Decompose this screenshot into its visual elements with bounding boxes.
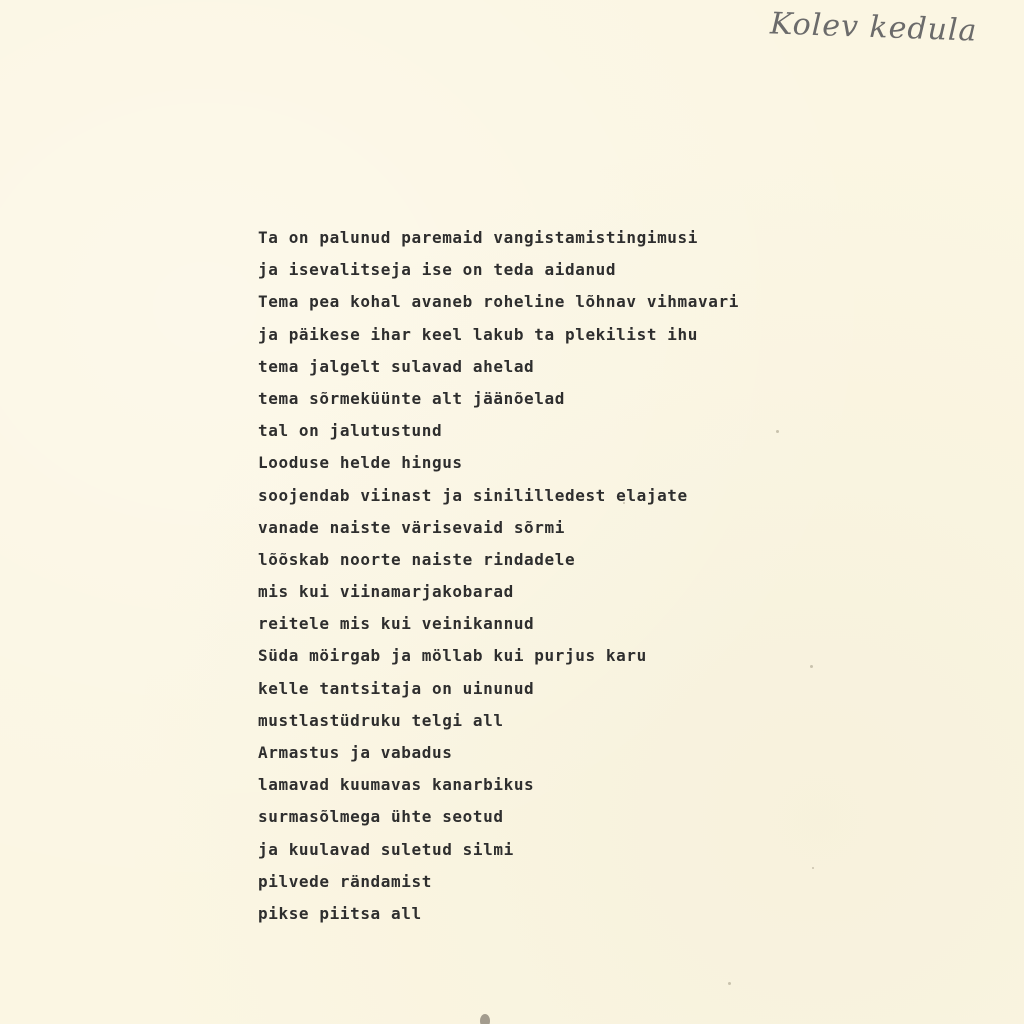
poem-line: mustlastüdruku telgi all bbox=[258, 705, 739, 737]
poem-line: soojendab viinast ja sinililledest elaja… bbox=[258, 480, 739, 512]
poem-line: pilvede rändamist bbox=[258, 866, 739, 898]
poem-line: ja päikese ihar keel lakub ta plekilist … bbox=[258, 319, 739, 351]
handwritten-note: Kolev kedula bbox=[769, 6, 978, 48]
poem-line: vanade naiste värisevaid sõrmi bbox=[258, 512, 739, 544]
poem-line: Tema pea kohal avaneb roheline lõhnav vi… bbox=[258, 286, 739, 318]
paper-speck bbox=[812, 867, 814, 869]
paper-speck bbox=[623, 502, 625, 504]
poem-line: lamavad kuumavas kanarbikus bbox=[258, 769, 739, 801]
poem-line: Looduse helde hingus bbox=[258, 447, 739, 479]
poem-line: reitele mis kui veinikannud bbox=[258, 608, 739, 640]
bottom-edge-mark bbox=[480, 1014, 490, 1024]
poem-line: ja isevalitseja ise on teda aidanud bbox=[258, 254, 739, 286]
poem-line: lõõskab noorte naiste rindadele bbox=[258, 544, 739, 576]
poem-line: pikse piitsa all bbox=[258, 898, 739, 930]
poem-line: mis kui viinamarjakobarad bbox=[258, 576, 739, 608]
poem-line: ja kuulavad suletud silmi bbox=[258, 834, 739, 866]
poem-line: kelle tantsitaja on uinunud bbox=[258, 673, 739, 705]
poem-line: Armastus ja vabadus bbox=[258, 737, 739, 769]
poem-line: Ta on palunud paremaid vangistamistingim… bbox=[258, 222, 739, 254]
poem-line: tema sõrmeküünte alt jäänõelad bbox=[258, 383, 739, 415]
typewritten-page: Kolev kedula Ta on palunud paremaid vang… bbox=[0, 0, 1024, 1024]
poem-line: tal on jalutustund bbox=[258, 415, 739, 447]
paper-speck bbox=[776, 430, 779, 433]
paper-speck bbox=[728, 982, 731, 985]
poem-line: surmasõlmega ühte seotud bbox=[258, 801, 739, 833]
poem-line: tema jalgelt sulavad ahelad bbox=[258, 351, 739, 383]
paper-speck bbox=[810, 665, 813, 668]
poem-line: Süda möirgab ja möllab kui purjus karu bbox=[258, 640, 739, 672]
poem: Ta on palunud paremaid vangistamistingim… bbox=[258, 222, 739, 930]
